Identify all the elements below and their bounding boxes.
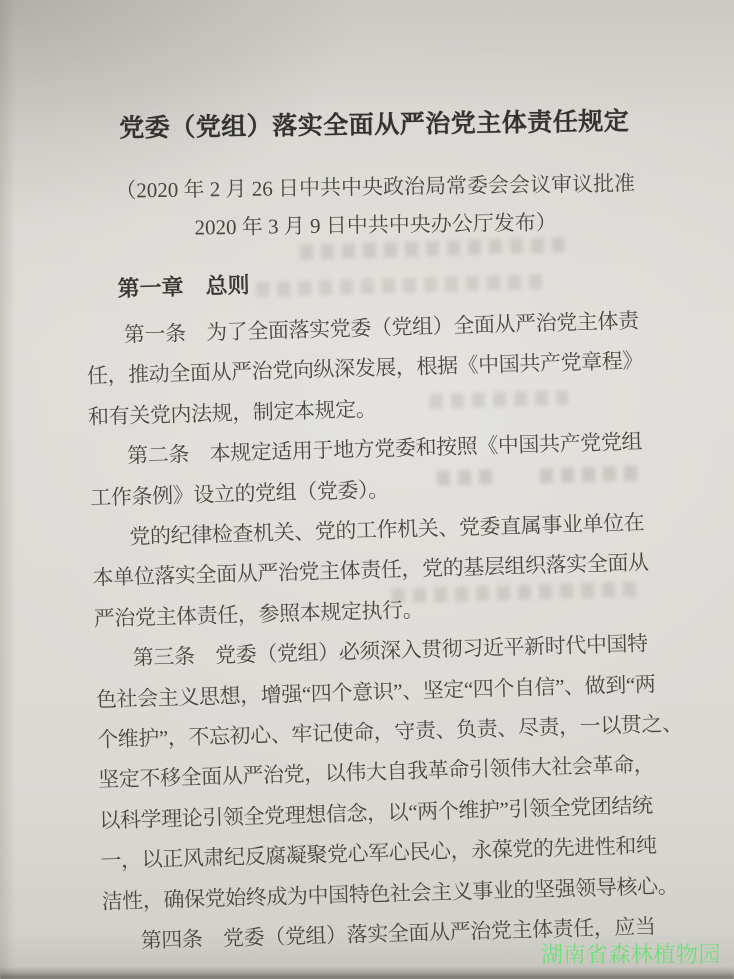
document-title: 党委（党组）落实全面从严治党主体责任规定 bbox=[84, 102, 665, 150]
paper-bottom-edge bbox=[0, 967, 734, 979]
green-watermark: 湖南省森林植物园 bbox=[541, 942, 721, 968]
title-block: 党委（党组）落实全面从严治党主体责任规定 （2020 年 2 月 26 日中共中… bbox=[84, 102, 666, 248]
document-body: 第一章 总则 第一条 为了全面落实党委（党组）全面从严治党主体责 任，推动全面从… bbox=[84, 254, 689, 963]
document-photo: 党委（党组）落实全面从严治党主体责任规定 （2020 年 2 月 26 日中共中… bbox=[0, 0, 734, 979]
approval-line-2: 2020 年 3 月 9 日中共中央办公厅发布） bbox=[85, 202, 665, 248]
approval-note: （2020 年 2 月 26 日中共中央政治局常委会会议审议批准 2020 年 … bbox=[85, 164, 666, 248]
approval-line-1: （2020 年 2 月 26 日中共中央政治局常委会会议审议批准 bbox=[85, 164, 665, 210]
